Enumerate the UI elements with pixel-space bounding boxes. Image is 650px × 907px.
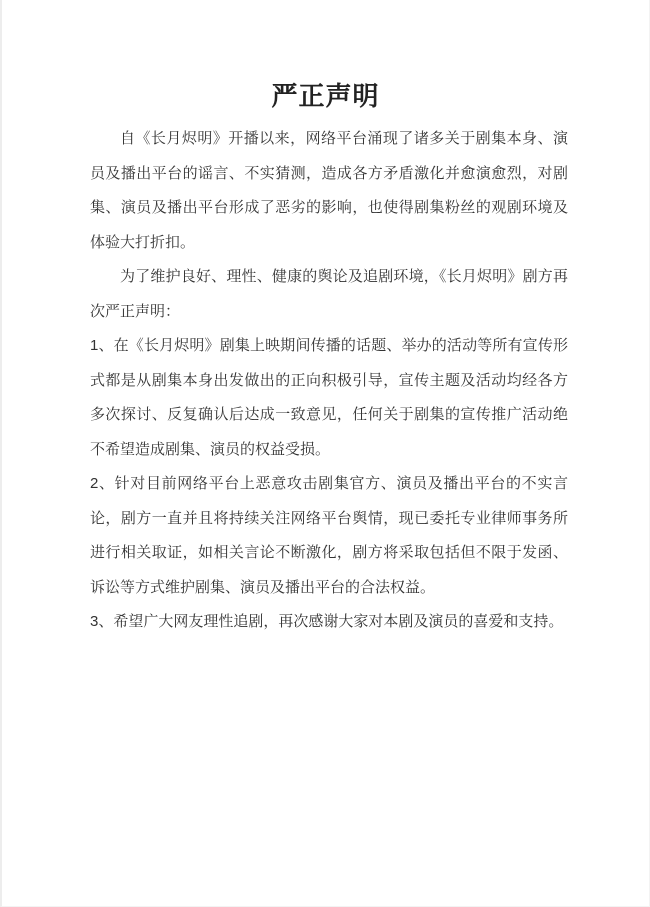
page-title: 严正声明 [2,82,649,110]
statement-paragraph: 1、在《长月烬明》剧集上映期间传播的话题、举办的活动等所有宣传形式都是从剧集本身… [90,329,568,467]
statement-paragraph: 2、针对目前网络平台上恶意攻击剧集官方、演员及播出平台的不实言论，剧方一直并且将… [90,467,568,605]
statement-paragraph: 3、希望广大网友理性追剧，再次感谢大家对本剧及演员的喜爱和支持。 [90,605,568,640]
statement-body: 自《长月烬明》开播以来，网络平台涌现了诸多关于剧集本身、演员及播出平台的谣言、不… [90,122,568,640]
statement-paragraph: 为了维护良好、理性、健康的舆论及追剧环境，《长月烬明》剧方再次严正声明： [90,260,568,329]
statement-paragraph: 自《长月烬明》开播以来，网络平台涌现了诸多关于剧集本身、演员及播出平台的谣言、不… [90,122,568,260]
statement-document-page: 严正声明 自《长月烬明》开播以来，网络平台涌现了诸多关于剧集本身、演员及播出平台… [0,0,650,907]
